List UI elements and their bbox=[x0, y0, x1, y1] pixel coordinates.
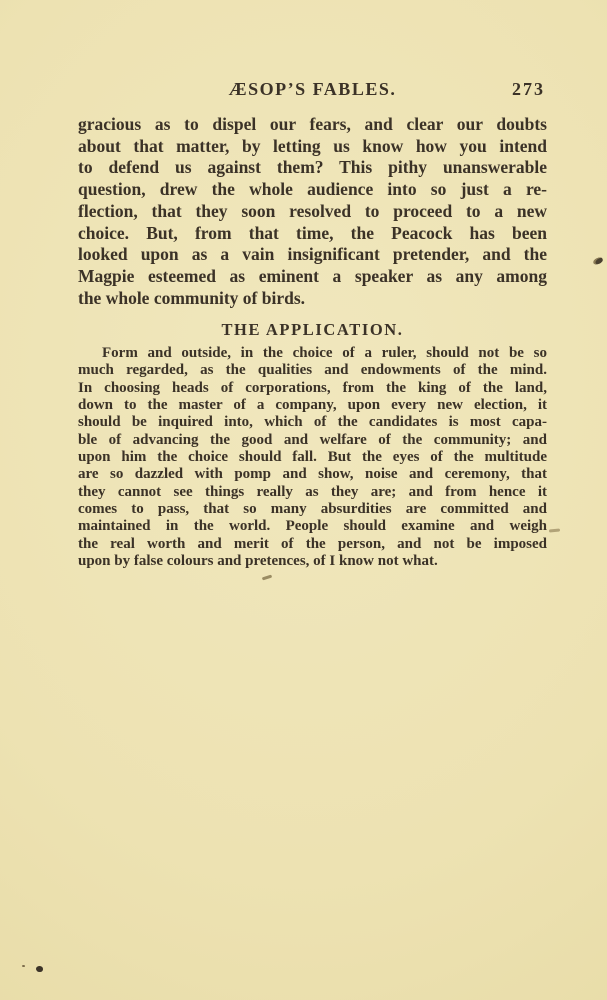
text-line: Magpie esteemed as eminent a speaker as … bbox=[78, 266, 547, 288]
text-line: ble of advancing the good and welfare of… bbox=[78, 432, 547, 449]
text-line: they cannot see things really as they ar… bbox=[78, 484, 547, 501]
text-line: In choosing heads of corporations, from … bbox=[78, 380, 547, 397]
ink-speck bbox=[592, 256, 604, 265]
page-number: 273 bbox=[512, 79, 545, 99]
application-paragraph: Form and outside, in the choice of a rul… bbox=[78, 345, 547, 570]
text-line: looked upon as a vain insignificant pret… bbox=[78, 244, 547, 266]
page-header: ÆSOP’S FABLES. 273 bbox=[78, 79, 547, 101]
text-line: should be inquired into, which of the ca… bbox=[78, 414, 547, 431]
text-line: the real worth and merit of the person, … bbox=[78, 536, 547, 553]
text-line: flection, that they soon resolved to pro… bbox=[78, 201, 547, 223]
text-line: are so dazzled with pomp and show, noise… bbox=[78, 466, 547, 483]
text-line: upon by false colours and pretences, of … bbox=[78, 553, 547, 570]
text-line: maintained in the world. People should e… bbox=[78, 518, 547, 535]
pencil-smudge bbox=[549, 528, 560, 532]
text-line: the whole community of birds. bbox=[78, 288, 547, 310]
text-line: to defend us against them? This pithy un… bbox=[78, 157, 547, 179]
text-line: upon him the choice should fall. But the… bbox=[78, 449, 547, 466]
running-title: ÆSOP’S FABLES. bbox=[78, 79, 547, 99]
paragraph-continuation: gracious as to dispel our fears, and cle… bbox=[78, 114, 547, 309]
text-line: comes to pass, that so many absurdities … bbox=[78, 501, 547, 518]
text-line: about that matter, by letting us know ho… bbox=[78, 136, 547, 158]
text-line: choice. But, from that time, the Peacock… bbox=[78, 223, 547, 245]
text-line: Form and outside, in the choice of a rul… bbox=[78, 345, 547, 362]
pencil-smudge bbox=[262, 575, 272, 581]
text-line: much regarded, as the qualities and endo… bbox=[78, 362, 547, 379]
section-heading: THE APPLICATION. bbox=[78, 320, 547, 339]
scanned-book-page: ÆSOP’S FABLES. 273 gracious as to dispel… bbox=[0, 0, 607, 1000]
ink-speck bbox=[36, 966, 43, 972]
text-line: gracious as to dispel our fears, and cle… bbox=[78, 114, 547, 136]
text-line: down to the master of a company, upon ev… bbox=[78, 397, 547, 414]
text-line: question, drew the whole audience into s… bbox=[78, 179, 547, 201]
